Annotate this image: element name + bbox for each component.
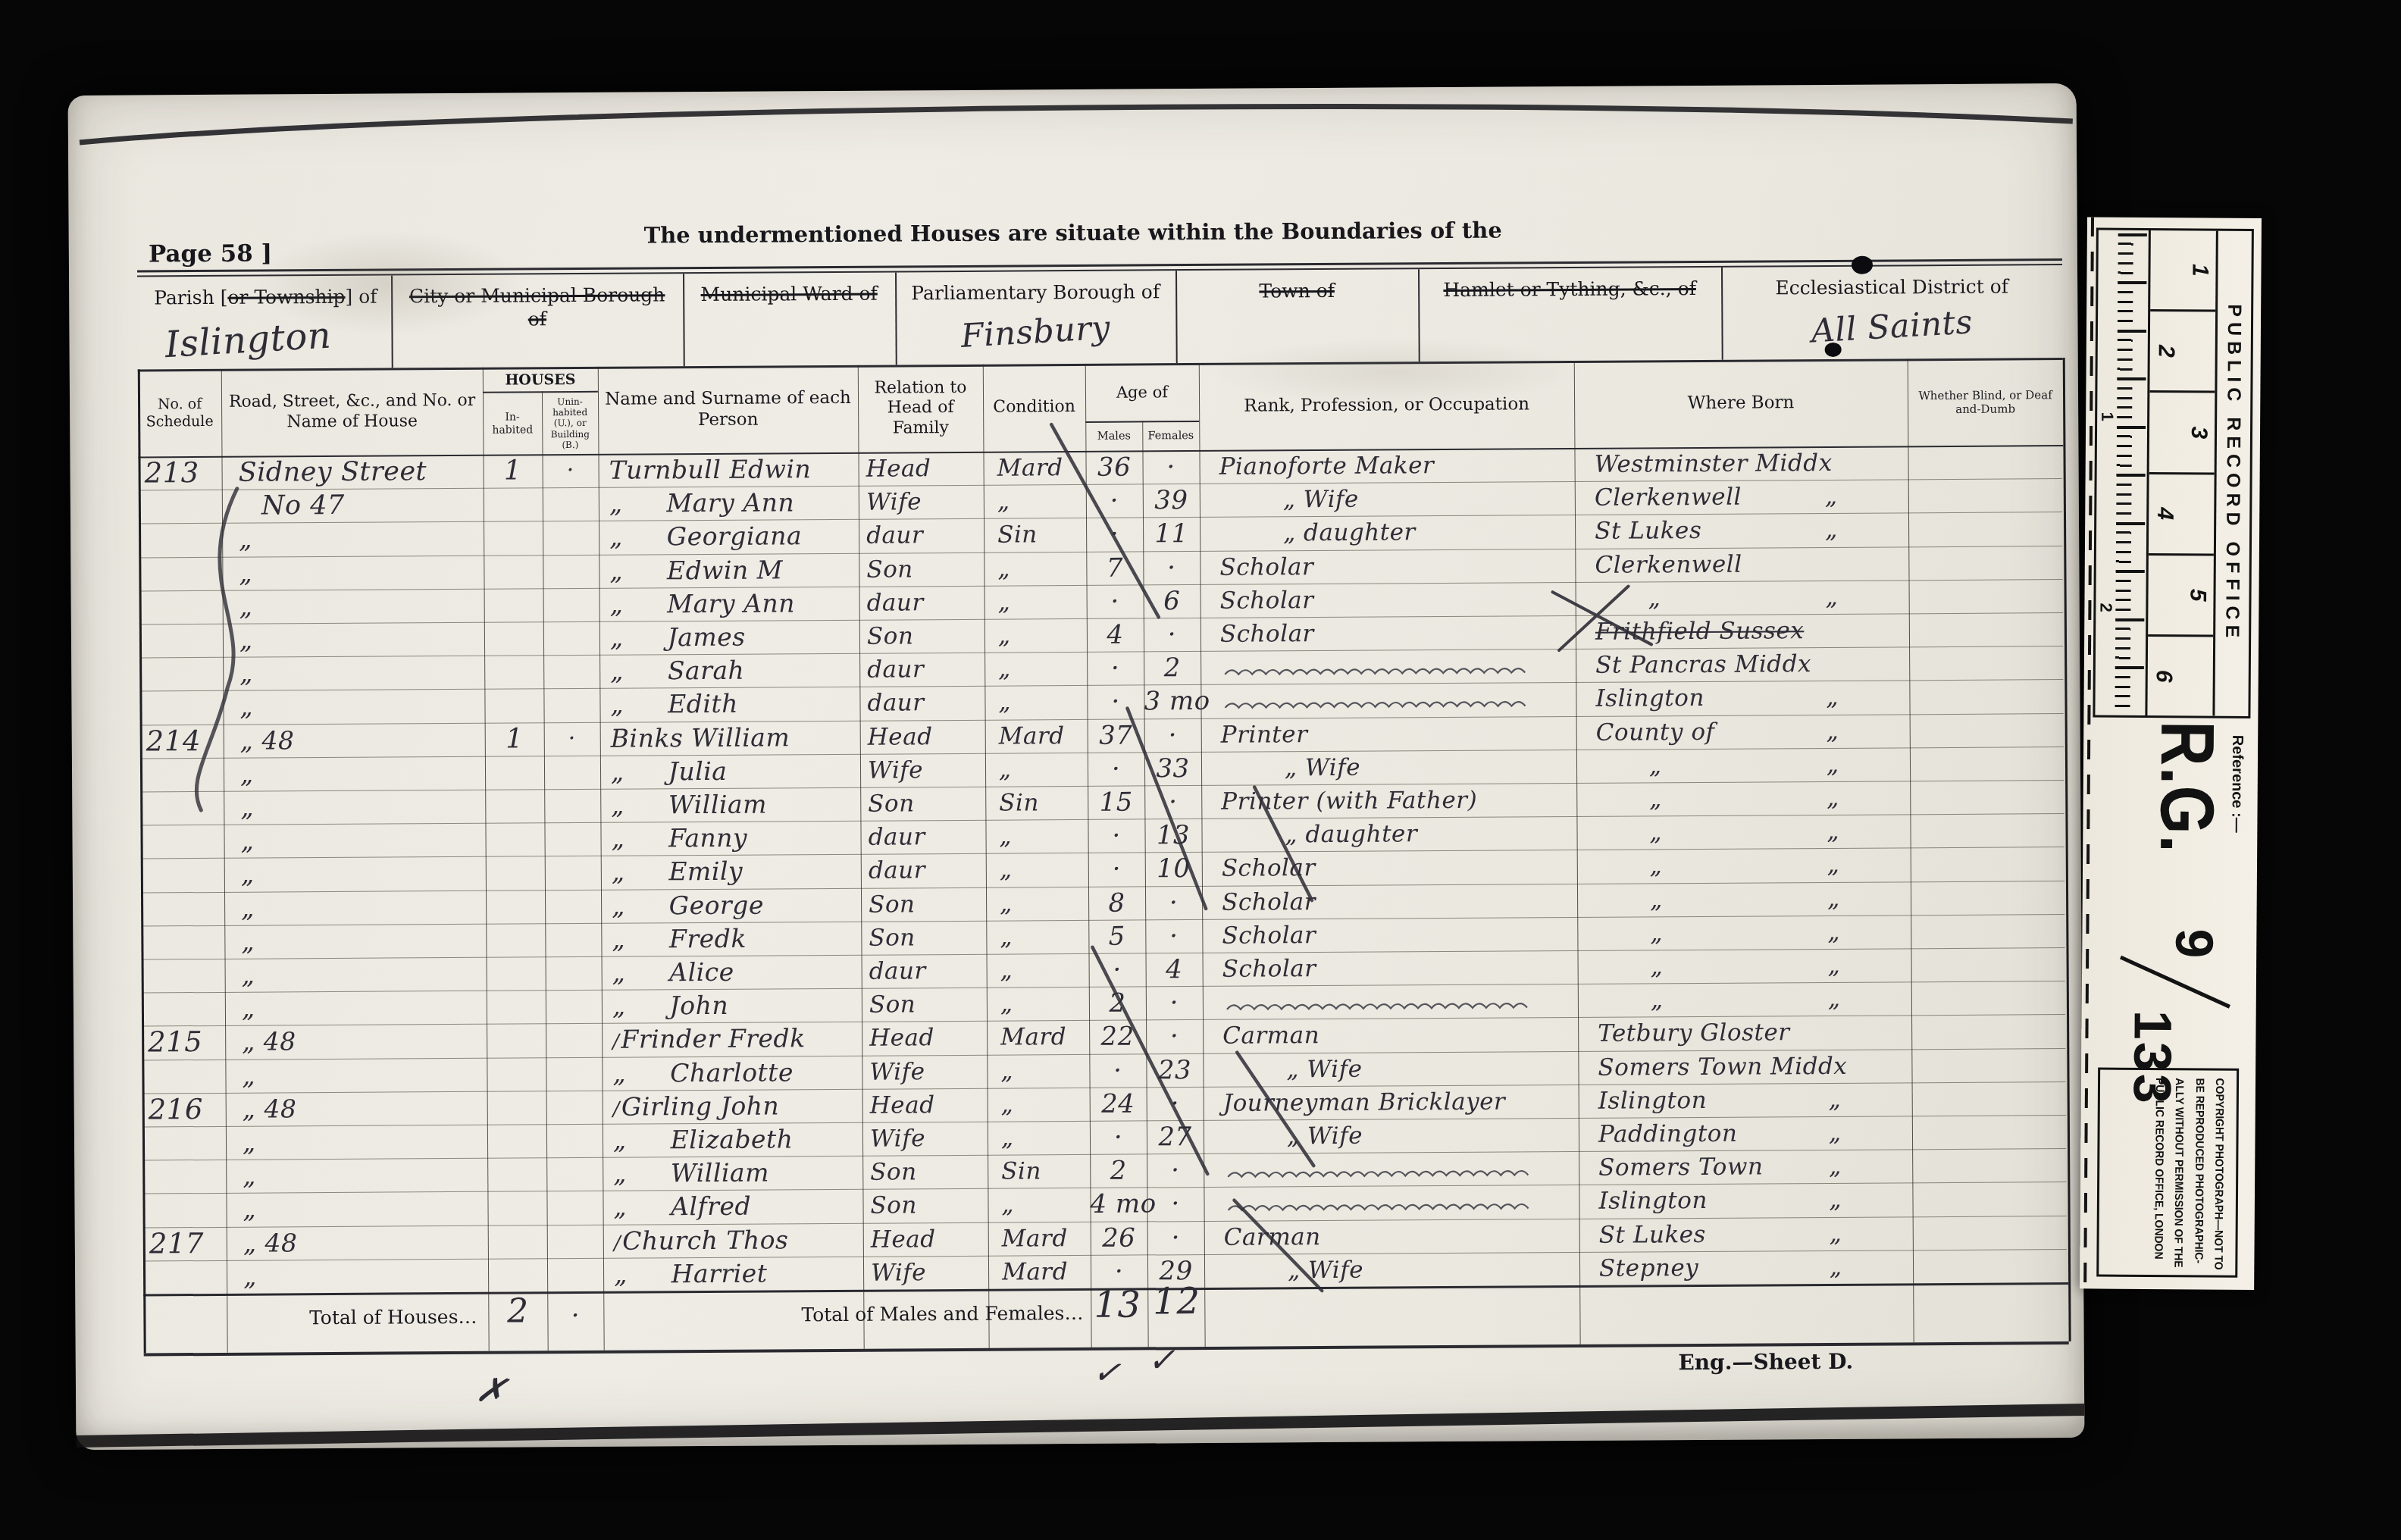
copyright-line: BE REPRODUCED PHOTOGRAPHIC-: [2188, 1078, 2209, 1254]
copyright-notice-box: COPYRIGHT PHOTOGRAPH—NOT TOBE REPRODUCED…: [2096, 1068, 2239, 1278]
pro-office-title: PUBLIC RECORD OFFICE: [2212, 231, 2251, 716]
pro-ruler-ticks: 1 2: [2095, 230, 2146, 715]
pro-scale-cell: 6: [2147, 637, 2213, 716]
pen-strokes-overlay: [68, 83, 2085, 1450]
pro-scale-cell: 4: [2149, 474, 2215, 556]
pro-scale-cell: 3: [2149, 393, 2215, 474]
copyright-line: COPYRIGHT PHOTOGRAPH—NOT TO: [2208, 1078, 2229, 1255]
census-sheet: Page 58 ] The undermentioned Houses are …: [68, 83, 2085, 1450]
pro-reference-strip: PUBLIC RECORD OFFICE 123456 1 2 Referenc…: [2087, 218, 2263, 1293]
series-code: R.G.: [2143, 721, 2230, 854]
pro-scale-cell: 2: [2149, 311, 2215, 393]
ruler-inch-label: 1: [2097, 412, 2117, 421]
piece-number: 9: [2164, 928, 2224, 958]
strip-edge-dashes: [2083, 217, 2094, 1288]
scan-background: Page 58 ] The undermentioned Houses are …: [0, 0, 2401, 1540]
pro-scale-cells: 123456: [2145, 230, 2215, 716]
piece-item-slash: [2120, 956, 2230, 1009]
pro-ruler-box: PUBLIC RECORD OFFICE 123456 1 2: [2093, 227, 2254, 718]
pro-scale-cell: 1: [2150, 230, 2216, 312]
ruler-inch-label: 2: [2096, 603, 2115, 612]
copyright-line: PUBLIC RECORD OFFICE, LONDON: [2148, 1078, 2169, 1254]
copyright-line: ALLY WITHOUT PERMISSION OF THE: [2168, 1078, 2190, 1254]
pro-scale-cell: 5: [2148, 556, 2214, 637]
pro-strip-label: PUBLIC RECORD OFFICE 123456 1 2 Referenc…: [2080, 217, 2262, 1290]
